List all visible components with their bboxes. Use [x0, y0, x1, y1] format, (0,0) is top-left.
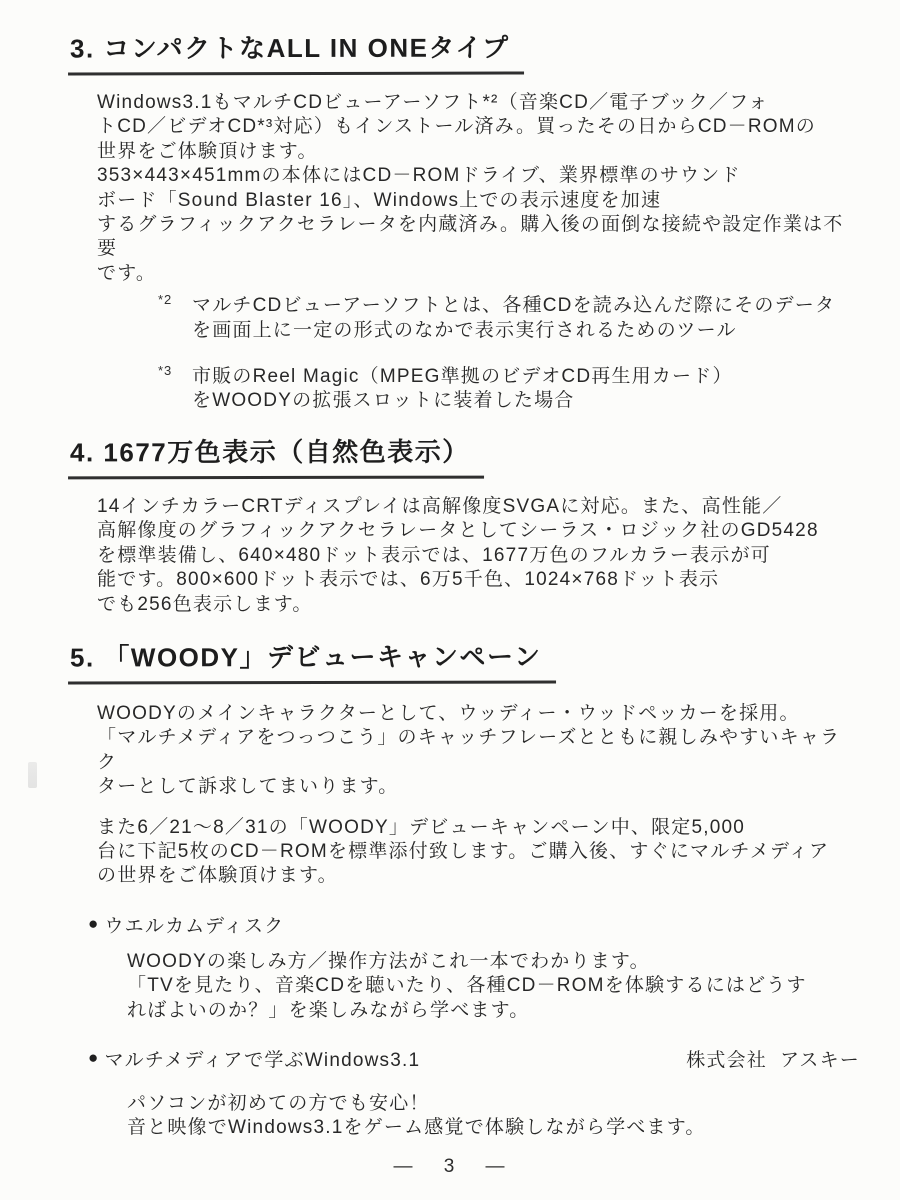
section-heading-row: 3. コンパクトなALL IN ONEタイプ: [68, 0, 900, 75]
disc-item-publisher: 株式会社 アスキー: [686, 1045, 860, 1072]
section-4-paragraph: 14インチカラーCRTディスプレイは高解像度SVGAに対応。また、高性能／ 高解…: [97, 495, 860, 617]
disc-item-welcome: ● ウエルカムディスク WOODYの楽しみ方／操作方法がこれ一本でわかります。 …: [0, 911, 900, 1023]
footnotes: *2 マルチCDビューアーソフトとは、各種CDを読み込んだ際にそのデータ を画面…: [158, 294, 850, 414]
disc-item-header: ● ウエルカムディスク: [88, 911, 860, 938]
section-debut-campaign: 5. 「WOODY」デビューキャンペーン WOODYのメインキャラクターとして、…: [0, 637, 900, 1141]
footnote-3: *3 市販のReel Magic（MPEG準拠のビデオCD再生用カード） をWO…: [158, 365, 850, 414]
section-5-paragraph-1: WOODYのメインキャラクターとして、ウッディー・ウッドペッカーを採用。 「マル…: [97, 702, 860, 800]
footnote-3-marker: *3: [158, 363, 192, 378]
section-4-heading: 4. 1677万色表示（自然色表示）: [68, 431, 484, 479]
disc-item-description: WOODYの楽しみ方／操作方法がこれ一本でわかります。 「TVを見たり、音楽CD…: [127, 950, 860, 1023]
disc-item-learn-windows: ● マルチメディアで学ぶWindows3.1 株式会社 アスキー パソコンが初め…: [0, 1045, 900, 1141]
footnote-3-text: 市販のReel Magic（MPEG準拠のビデオCD再生用カード） をWOODY…: [192, 365, 850, 414]
bullet-icon: ●: [88, 1048, 99, 1068]
section-compact-all-in-one: 3. コンパクトなALL IN ONEタイプ Windows3.1もマルチCDビ…: [0, 0, 900, 414]
disc-item-title: ウエルカムディスク: [104, 911, 284, 938]
page-number: — 3 —: [0, 1156, 900, 1178]
disc-item-title: マルチメディアで学ぶWindows3.1: [104, 1045, 420, 1072]
section-5-paragraph-2: また6／21～8／31の「WOODY」デビューキャンペーン中、限定5,000 台…: [97, 816, 860, 889]
footnote-2-text: マルチCDビューアーソフトとは、各種CDを読み込んだ際にそのデータ を画面上に一…: [192, 294, 850, 343]
section-heading-row: 4. 1677万色表示（自然色表示）: [68, 432, 900, 479]
footnote-2: *2 マルチCDビューアーソフトとは、各種CDを読み込んだ際にそのデータ を画面…: [158, 294, 850, 343]
bullet-icon: ●: [88, 914, 99, 934]
disc-item-header: ● マルチメディアで学ぶWindows3.1 株式会社 アスキー: [88, 1045, 860, 1072]
disc-item-description: パソコンが初めての方でも安心！ 音と映像でWindows3.1をゲーム感覚で体験…: [127, 1092, 860, 1141]
section-heading-row: 5. 「WOODY」デビューキャンペーン: [68, 637, 900, 684]
footnote-2-marker: *2: [158, 292, 192, 307]
section-3-heading: 3. コンパクトなALL IN ONEタイプ: [68, 28, 524, 76]
scan-artifact: [28, 762, 37, 788]
document-page: 3. コンパクトなALL IN ONEタイプ Windows3.1もマルチCDビ…: [0, 0, 900, 1200]
section-16770000-colors: 4. 1677万色表示（自然色表示） 14インチカラーCRTディスプレイは高解像…: [0, 432, 900, 617]
section-5-heading: 5. 「WOODY」デビューキャンペーン: [68, 636, 556, 684]
section-3-paragraph: Windows3.1もマルチCDビューアーソフト*²（音楽CD／電子ブック／フォ…: [97, 91, 860, 286]
